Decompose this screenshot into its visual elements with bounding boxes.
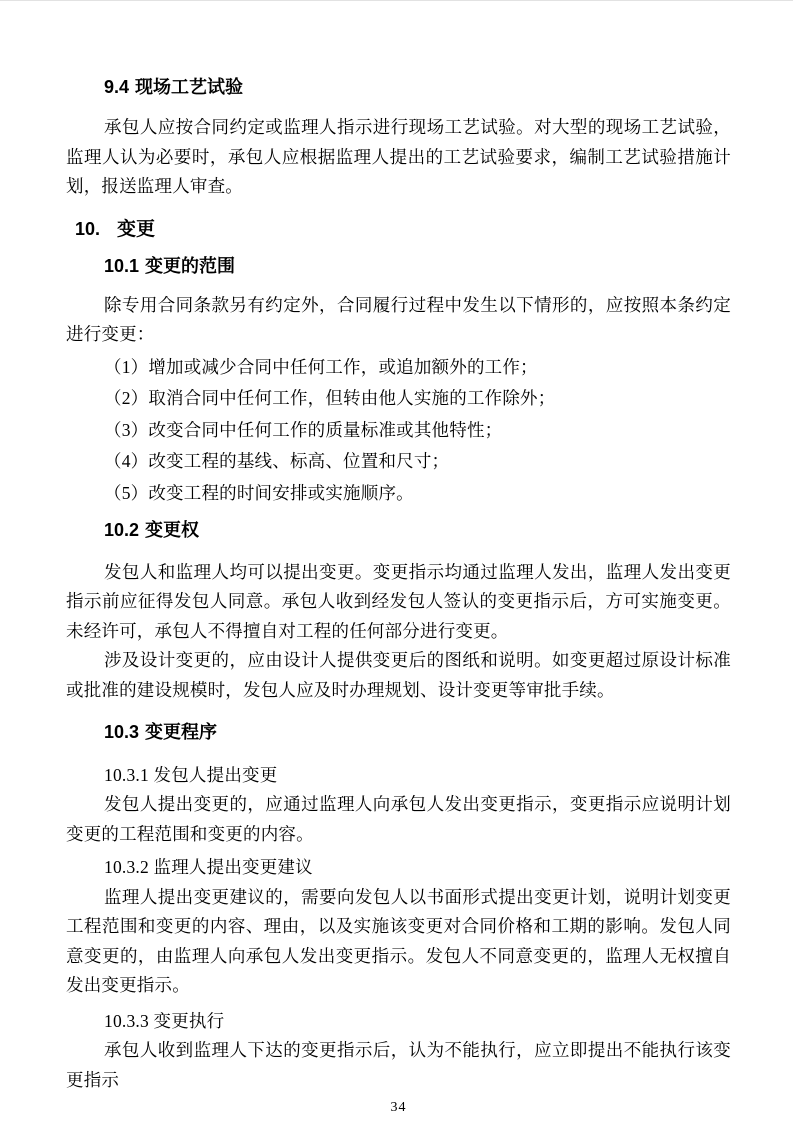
section-title: 变更权 [145, 520, 199, 540]
list-item-1: （1）增加或减少合同中任何工作，或追加额外的工作； [66, 352, 731, 384]
list-item-5: （5）改变工程的时间安排或实施顺序。 [66, 478, 731, 510]
paragraph-10-2-b: 涉及设计变更的，应由设计人提供变更后的图纸和说明。如变更超过原设计标准或批准的建… [66, 646, 731, 705]
section-number: 10.1 [104, 256, 139, 276]
paragraph-9-4: 承包人应按合同约定或监理人指示进行现场工艺试验。对大型的现场工艺试验，监理人认为… [66, 113, 731, 202]
chapter-title: 变更 [117, 219, 155, 240]
subsection-heading-10-3-2: 10.3.2 监理人提出变更建议 [66, 853, 731, 883]
section-title: 变更程序 [145, 722, 217, 742]
chapter-number: 10. [75, 219, 100, 239]
paragraph-10-3-1: 发包人提出变更的，应通过监理人向承包人发出变更指示，变更指示应说明计划变更的工程… [66, 790, 731, 849]
page-number: 34 [66, 1099, 731, 1117]
variation-scope-list: （1）增加或减少合同中任何工作，或追加额外的工作； （2）取消合同中任何工作，但… [66, 352, 731, 510]
section-heading-10-2: 10.2变更权 [104, 516, 731, 546]
list-item-4: （4）改变工程的基线、标高、位置和尺寸； [66, 446, 731, 478]
section-number: 9.4 [104, 77, 129, 97]
section-heading-10-3: 10.3变更程序 [104, 718, 731, 748]
subsection-heading-10-3-3: 10.3.3 变更执行 [66, 1007, 731, 1037]
paragraph-10-1: 除专用合同条款另有约定外，合同履行过程中发生以下情形的，应按照本条约定进行变更： [66, 291, 731, 350]
list-item-2: （2）取消合同中任何工作，但转由他人实施的工作除外； [66, 383, 731, 415]
chapter-heading-10: 10.变更 [75, 215, 731, 245]
paragraph-10-3-3: 承包人收到监理人下达的变更指示后，认为不能执行，应立即提出不能执行该变更指示 [66, 1036, 731, 1095]
subsection-heading-10-3-1: 10.3.1 发包人提出变更 [66, 761, 731, 791]
section-heading-10-1: 10.1变更的范围 [104, 252, 731, 282]
section-title: 现场工艺试验 [135, 77, 243, 97]
section-heading-9-4: 9.4现场工艺试验 [104, 73, 731, 103]
list-item-3: （3）改变合同中任何工作的质量标准或其他特性； [66, 415, 731, 447]
section-number: 10.3 [104, 722, 139, 742]
paragraph-10-2-a: 发包人和监理人均可以提出变更。变更指示均通过监理人发出，监理人发出变更指示前应征… [66, 558, 731, 647]
paragraph-10-3-2: 监理人提出变更建议的，需要向发包人以书面形式提出变更计划，说明计划变更工程范围和… [66, 883, 731, 1001]
section-title: 变更的范围 [145, 256, 235, 276]
section-number: 10.2 [104, 520, 139, 540]
document-page: 9.4现场工艺试验 承包人应按合同约定或监理人指示进行现场工艺试验。对大型的现场… [0, 0, 793, 1122]
